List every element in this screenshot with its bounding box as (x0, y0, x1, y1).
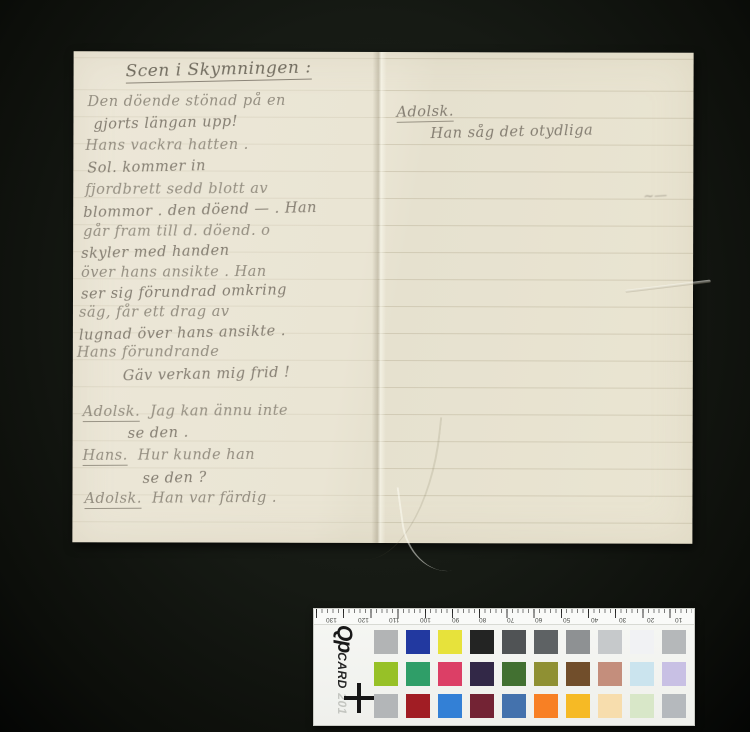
speaker-name: Adolsk. (84, 491, 142, 509)
line-text: Jag kan ännu inte (150, 403, 288, 420)
handwritten-line: Hans vackra hatten . (85, 137, 248, 154)
stray-pencil-mark: ~— (643, 188, 668, 205)
ruler-number: 60 (535, 616, 542, 623)
ruler-number: 80 (479, 616, 486, 623)
color-patch (534, 694, 558, 718)
ruler-number: 90 (452, 616, 459, 623)
color-patch (470, 662, 494, 686)
color-patch (662, 662, 686, 686)
color-patch (534, 662, 558, 686)
patch-row (374, 662, 694, 686)
color-patch (598, 694, 622, 718)
handwritten-line: gjorts längan upp! (93, 114, 238, 133)
line-text: Den döende stönad på en (87, 93, 285, 110)
color-patch (598, 630, 622, 654)
registration-cross-icon (344, 683, 374, 713)
brand-qp: Qp (333, 625, 356, 652)
handwritten-line: Adolsk.Jag kan ännu inte (83, 403, 288, 420)
color-patch (470, 630, 494, 654)
line-text: går fram till d. döend. o (83, 223, 270, 240)
handwritten-line: Hans.Hur kunde han (83, 447, 256, 464)
ruler-number: 50 (563, 616, 570, 623)
color-patch (566, 630, 590, 654)
ruler-number: 70 (507, 616, 514, 623)
color-patch (502, 630, 526, 654)
color-patch (406, 662, 430, 686)
color-patch-grid (374, 630, 694, 726)
handwritten-line: Sol. kommer in (87, 158, 206, 177)
handwritten-line: fjordbrett sedd blott av (85, 181, 268, 198)
line-text: Hans förundrande (77, 344, 220, 361)
speaker-name: Adolsk. (396, 104, 454, 123)
handwritten-line: Hans förundrande (77, 344, 220, 361)
crease-mark (397, 478, 481, 577)
handwritten-line: säg, får ett drag av (79, 304, 230, 321)
ruler-number: 40 (591, 616, 598, 623)
handwritten-line: Den döende stönad på en (87, 93, 285, 110)
color-patch (598, 662, 622, 686)
manuscript-paper: Scen i Skymningen : Den döende stönad på… (72, 51, 693, 544)
color-patch (470, 694, 494, 718)
speaker-name: Adolsk. (83, 404, 141, 422)
ruler-number: 130 (326, 616, 337, 623)
patch-row (374, 630, 694, 654)
color-patch (502, 662, 526, 686)
color-patch (630, 694, 654, 718)
line-text: se den . (127, 425, 188, 442)
qpcard-color-reference: 130 120 110 100 90 80 70 60 50 40 30 20 … (313, 608, 695, 726)
color-patch (630, 662, 654, 686)
handwritten-line: se den ? (142, 470, 207, 487)
right-page-speaker: Adolsk. (396, 103, 464, 120)
ruler-number: 120 (358, 616, 369, 623)
qpcard-ruler: 130 120 110 100 90 80 70 60 50 40 30 20 … (314, 609, 694, 625)
ruler-number: 10 (675, 616, 682, 623)
photo-backdrop: Scen i Skymningen : Den döende stönad på… (0, 0, 750, 732)
manuscript-title: Scen i Skymningen : (125, 58, 311, 82)
ruler-number: 110 (389, 616, 399, 623)
color-patch (406, 694, 430, 718)
ruler-number: 20 (647, 616, 654, 623)
handwritten-line: över hans ansikte . Han (81, 264, 267, 281)
line-text: se den ? (142, 470, 207, 487)
color-patch (374, 662, 398, 686)
color-patch (438, 630, 462, 654)
ruler-number: 30 (619, 616, 626, 623)
color-patch (374, 694, 398, 718)
color-patch (534, 630, 558, 654)
handwritten-line: se den . (127, 425, 188, 442)
line-text: gjorts längan upp! (93, 114, 238, 133)
color-patch (438, 694, 462, 718)
line-text: Sol. kommer in (87, 158, 206, 177)
line-text: Hur kunde han (138, 447, 255, 464)
color-patch (438, 662, 462, 686)
color-patch (406, 630, 430, 654)
ruler-number: 100 (420, 616, 431, 623)
line-text: Hans vackra hatten . (85, 137, 248, 154)
color-patch (566, 694, 590, 718)
line-text: säg, får ett drag av (79, 304, 230, 321)
line-text: Han var färdig . (152, 490, 277, 507)
color-patch (662, 694, 686, 718)
patch-row (374, 694, 694, 718)
handwritten-line: Adolsk.Han var färdig . (84, 490, 277, 507)
color-patch (630, 630, 654, 654)
color-patch (374, 630, 398, 654)
color-patch (662, 630, 686, 654)
color-patch (566, 662, 590, 686)
handwritten-line: går fram till d. döend. o (83, 223, 270, 240)
speaker-name: Hans. (83, 448, 128, 466)
line-text: skyler med handen (81, 243, 230, 262)
handwritten-line: skyler med handen (81, 243, 230, 262)
line-text: fjordbrett sedd blott av (85, 181, 268, 198)
ruler-numbers: 130 120 110 100 90 80 70 60 50 40 30 20 … (326, 616, 682, 623)
color-patch (502, 694, 526, 718)
line-text: över hans ansikte . Han (81, 264, 267, 281)
